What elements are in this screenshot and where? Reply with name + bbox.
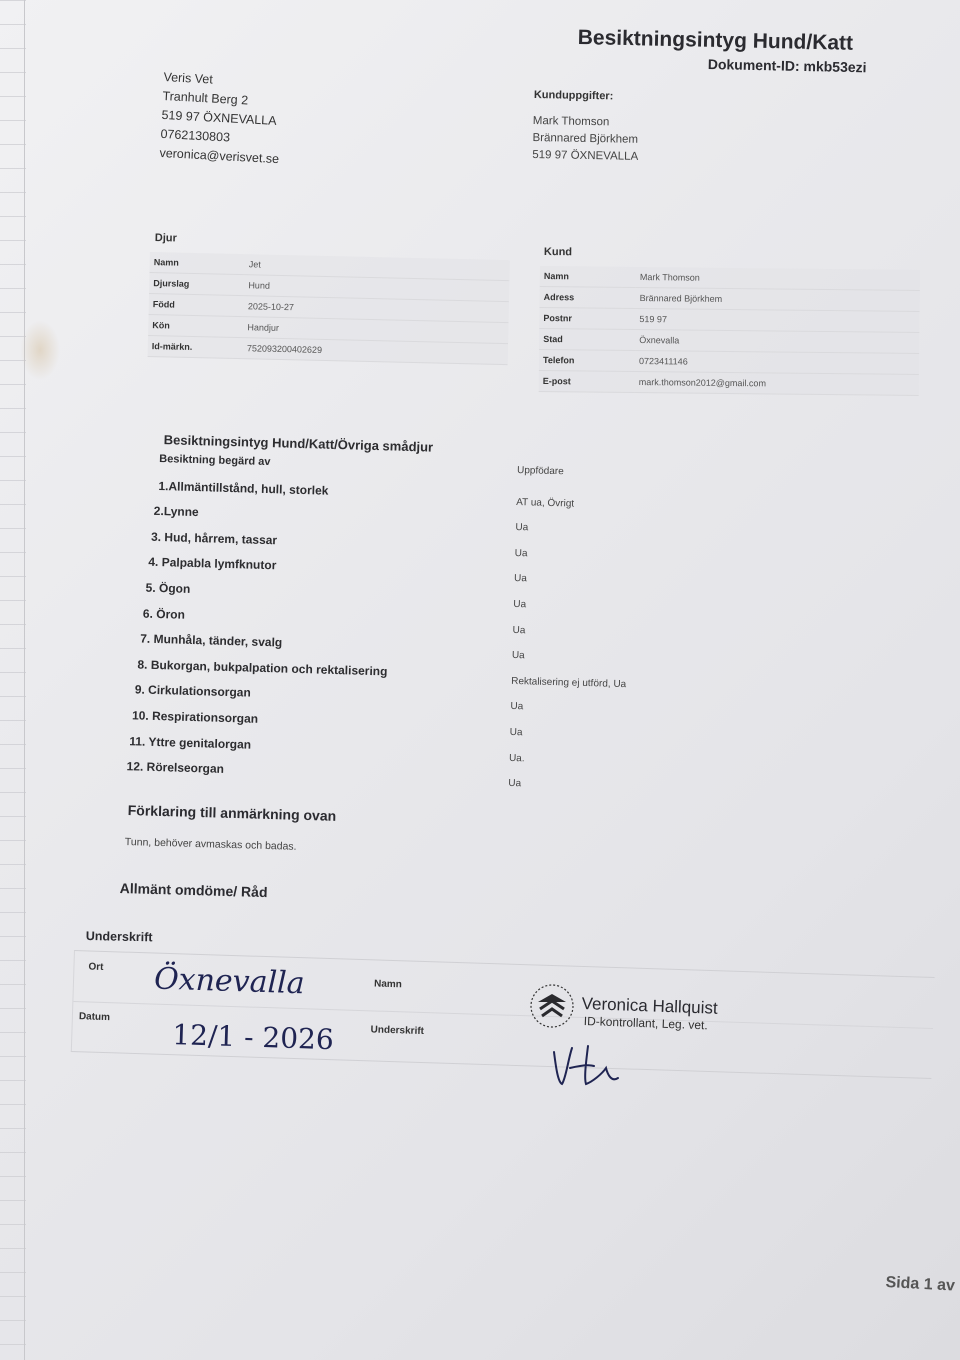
examination-item-label: 4. Palpabla lymfknutor — [148, 555, 276, 573]
table-row: E-postmark.thomson2012@gmail.com — [539, 370, 919, 395]
examination-item-value: Ua — [512, 624, 525, 635]
signature-box: Ort Öxnevalla Namn Datum 12/1 - 2026 Und… — [71, 950, 935, 1079]
customer-block-heading: Kunduppgifter: — [534, 89, 614, 102]
row-key: E-post — [539, 370, 635, 392]
customer-name: Mark Thomson — [533, 113, 639, 132]
examination-item-value: Rektalisering ej utförd, Ua — [511, 676, 626, 690]
page-number: Sida 1 av — [885, 1274, 955, 1296]
row-value: Öxnevalla — [635, 330, 919, 354]
row-key: Id-märkn. — [148, 335, 244, 358]
document-title: Besiktningsintyg Hund/Katt — [577, 26, 853, 56]
examination-section: Besiktningsintyg Hund/Katt/Övriga smådju… — [150, 432, 680, 800]
page-edge — [24, 0, 25, 1360]
examination-items: 1.Allmäntillstånd, hull, storlekAT ua, Ö… — [150, 479, 678, 801]
animal-heading: Djur — [155, 232, 177, 244]
customer-table: NamnMark Thomson AdressBrännared Björkhe… — [539, 266, 920, 396]
examination-item-value: Ua — [510, 727, 523, 738]
document-id-label: Dokument-ID: — [708, 56, 800, 74]
customer-street: Brännared Björkhem — [532, 130, 638, 149]
animal-table: NamnJet DjurslagHund Född2025-10-27 KönH… — [148, 252, 510, 365]
examination-item-label: 3. Hud, hårrem, tassar — [151, 530, 277, 548]
requested-by-value: Uppfödare — [517, 465, 564, 477]
row-value: 0723411146 — [635, 351, 919, 375]
examination-item-value: Ua — [513, 599, 526, 610]
row-key: Stad — [539, 328, 635, 350]
document-id-value: mkb53ezi — [803, 58, 866, 75]
place-handwritten: Öxnevalla — [154, 962, 306, 1002]
signature-label: Underskrift — [370, 1024, 424, 1037]
explanation-text: Tunn, behöver avmaskas och badas. — [125, 836, 297, 853]
date-handwritten: 12/1 - 2026 — [172, 1018, 334, 1056]
examination-item-label: 6. Öron — [143, 606, 185, 621]
signature-scribble-icon — [548, 1038, 628, 1090]
row-key: Född — [149, 293, 245, 316]
clinic-logo-icon — [528, 982, 576, 1030]
row-key: Kön — [148, 314, 244, 337]
paper-stain — [20, 320, 60, 380]
row-value: Brännared Björkhem — [636, 288, 920, 312]
examination-item-label: 10. Respirationsorgan — [132, 708, 258, 726]
row-key: Telefon — [539, 349, 635, 371]
sender-address: Veris Vet Tranhult Berg 2 519 97 ÖXNEVAL… — [159, 68, 283, 169]
row-key: Djurslag — [149, 272, 245, 295]
row-key: Postnr — [539, 307, 635, 329]
examination-item-value: Ua — [510, 701, 523, 712]
examination-item-label: 5. Ögon — [145, 581, 190, 596]
examination-item-value: Ua — [508, 778, 521, 789]
customer-heading: Kund — [544, 246, 572, 258]
place-label: Ort — [88, 961, 103, 972]
examination-item-label: 2.Lynne — [154, 504, 199, 519]
examination-item-value: Ua — [514, 573, 527, 584]
binder-holes — [0, 0, 26, 1360]
name-label: Namn — [374, 978, 402, 990]
examination-item-label: 7. Munhåla, tänder, svalg — [140, 632, 282, 650]
general-assessment-heading: Allmänt omdöme/ Råd — [120, 880, 268, 900]
date-label: Datum — [79, 1011, 110, 1023]
signature-heading: Underskrift — [86, 929, 153, 944]
examination-item-value: Ua — [512, 650, 525, 661]
row-key: Namn — [150, 252, 246, 275]
examination-item-label: 11. Yttre genitalorgan — [129, 734, 251, 751]
examination-item-label: 9. Cirkulationsorgan — [135, 683, 251, 700]
row-key: Namn — [540, 266, 636, 288]
requested-by-label: Besiktning begärd av — [159, 453, 271, 468]
examination-item-value: AT ua, Övrigt — [516, 497, 574, 510]
examination-item-value: Ua — [515, 548, 528, 559]
row-key: Adress — [540, 286, 636, 308]
examination-item-value: Ua — [515, 522, 528, 533]
explanation-heading: Förklaring till anmärkning ovan — [128, 802, 337, 824]
customer-postal: 519 97 ÖXNEVALLA — [532, 147, 638, 166]
document-id: Dokument-ID: mkb53ezi — [708, 56, 867, 75]
examination-item-value: Ua. — [509, 752, 525, 763]
customer-address: Mark Thomson Brännared Björkhem 519 97 Ö… — [532, 113, 639, 166]
row-value: 519 97 — [635, 309, 919, 333]
row-value: mark.thomson2012@gmail.com — [635, 371, 919, 395]
examination-item-label: 12. Rörelseorgan — [126, 759, 224, 776]
